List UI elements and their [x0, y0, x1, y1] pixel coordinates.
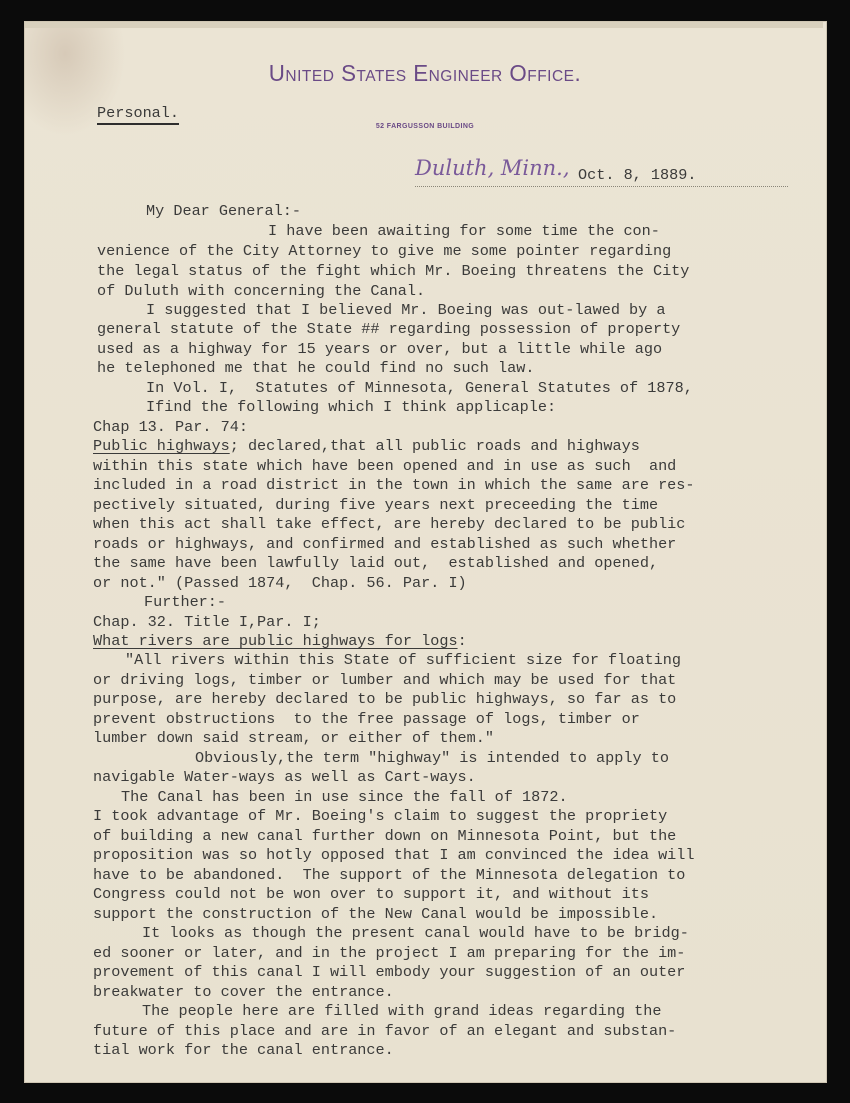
- letter-line: included in a road district in the town …: [93, 476, 695, 494]
- letter-line: Public highways; declared,that all publi…: [93, 437, 640, 455]
- letter-line: used as a highway for 15 years or over, …: [97, 340, 662, 358]
- letter-line: purpose, are hereby declared to be publi…: [93, 690, 676, 708]
- letter-line: general statute of the State ## regardin…: [97, 320, 680, 338]
- letter-line: or not." (Passed 1874, Chap. 56. Par. I): [93, 574, 467, 592]
- letter-line: I took advantage of Mr. Boeing's claim t…: [93, 807, 667, 825]
- underlying-page-edge: [25, 22, 823, 28]
- letter-line: of Duluth with concerning the Canal.: [97, 282, 425, 300]
- letter-line: or driving logs, timber or lumber and wh…: [93, 671, 676, 689]
- letter-line: Ifind the following which I think applic…: [146, 398, 556, 416]
- letter-line: "All rivers within this State of suffici…: [125, 651, 681, 669]
- personal-marking: Personal.: [97, 104, 179, 125]
- letter-line: Obviously,the term "highway" is intended…: [195, 749, 669, 767]
- letter-line: In Vol. I, Statutes of Minnesota, Genera…: [146, 379, 693, 397]
- letter-line: provement of this canal I will embody yo…: [93, 963, 685, 981]
- letterhead-title: United States Engineer Office.: [13, 60, 838, 87]
- letter-line: Further:-: [144, 593, 226, 611]
- letter-line: pectively situated, during five years ne…: [93, 496, 658, 514]
- place-script: Duluth, Minn.,: [415, 156, 570, 180]
- letter-line: he telephoned me that he could find no s…: [97, 359, 534, 377]
- letter-line: Chap. 32. Title I,Par. I;: [93, 613, 321, 631]
- letter-line: future of this place and are in favor of…: [93, 1022, 676, 1040]
- letter-line: the legal status of the fight which Mr. …: [97, 262, 689, 280]
- letter-line: of building a new canal further down on …: [93, 827, 676, 845]
- letter-line: proposition was so hotly opposed that I …: [93, 846, 695, 864]
- letter-line: navigable Water-ways as well as Cart-way…: [93, 768, 476, 786]
- letter-line: have to be abandoned. The support of the…: [93, 866, 685, 884]
- letter-line: support the construction of the New Cana…: [93, 905, 658, 923]
- letter-line: I suggested that I believed Mr. Boeing w…: [146, 301, 666, 319]
- letter-line: The Canal has been in use since the fall…: [121, 788, 568, 806]
- letter-line: It looks as though the present canal wou…: [142, 924, 689, 942]
- letter-line: Congress could not be won over to suppor…: [93, 885, 649, 903]
- letter-line: roads or highways, and confirmed and est…: [93, 535, 676, 553]
- letter-line: I have been awaiting for some time the c…: [268, 222, 660, 240]
- letter-date: Oct. 8, 1889.: [578, 166, 696, 184]
- letter-line: tial work for the canal entrance.: [93, 1041, 394, 1059]
- letter-line: lumber down said stream, or either of th…: [93, 729, 494, 747]
- letter-line: the same have been lawfully laid out, es…: [93, 554, 658, 572]
- letter-line: The people here are filled with grand id…: [142, 1002, 662, 1020]
- letter-line: What rivers are public highways for logs…: [93, 632, 467, 650]
- letter-line: within this state which have been opened…: [93, 457, 676, 475]
- letter-line: Chap 13. Par. 74:: [93, 418, 248, 436]
- letter-line: breakwater to cover the entrance.: [93, 983, 394, 1001]
- letter-line: venience of the City Attorney to give me…: [97, 242, 671, 260]
- salutation: My Dear General:-: [146, 202, 301, 220]
- letter-line: ed sooner or later, and in the project I…: [93, 944, 685, 962]
- letter-line: prevent obstructions to the free passage…: [93, 710, 640, 728]
- dateline: Duluth, Minn., Oct. 8, 1889.: [415, 160, 788, 187]
- letter-line: when this act shall take effect, are her…: [93, 515, 685, 533]
